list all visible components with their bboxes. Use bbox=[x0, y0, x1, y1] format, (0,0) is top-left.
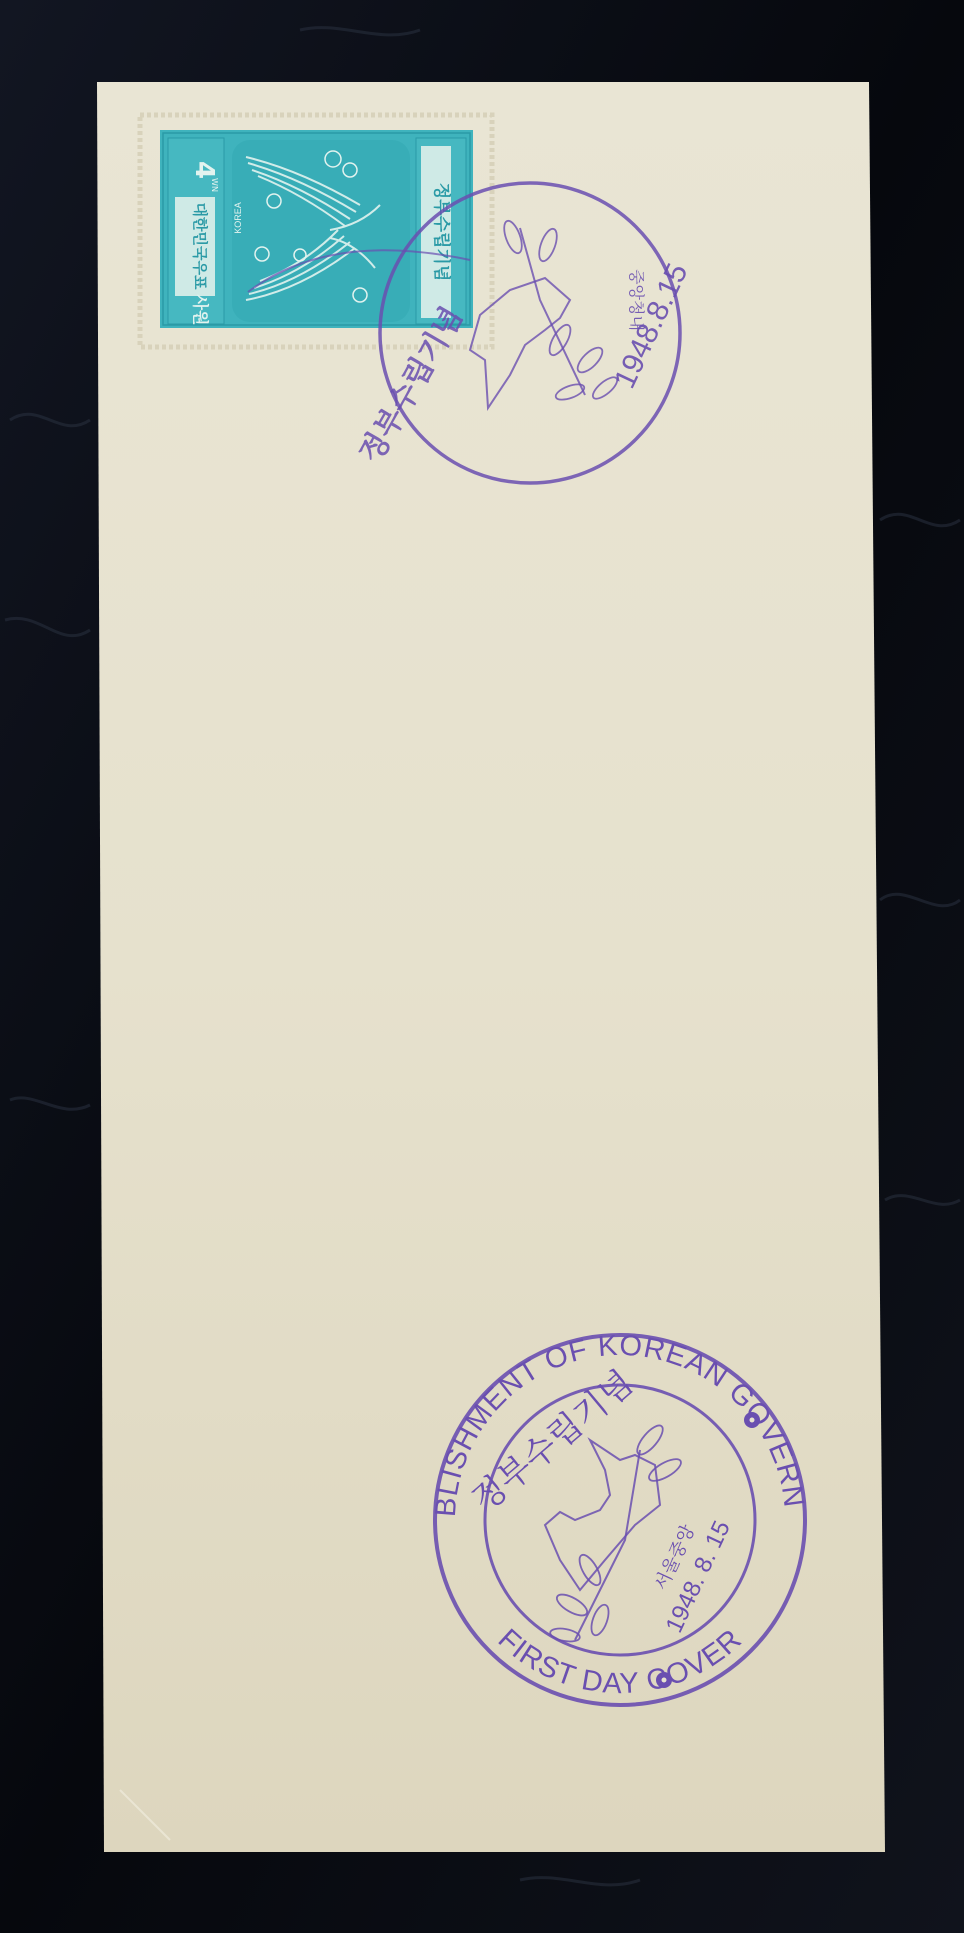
stamp-country: KOREA bbox=[233, 202, 243, 234]
stamp-right-panel-text: 정부수립기념 bbox=[431, 183, 452, 282]
stamp-denomination-unit: WN bbox=[210, 178, 219, 192]
stamp-denomination: 4 bbox=[189, 161, 219, 179]
stamp-left-panel-text: 대한민국우표 bbox=[191, 203, 209, 290]
stamp-denomination-korean: 사원 bbox=[191, 294, 210, 326]
envelope: KOREA 4 WN 사원 대한민국우표 정부수립기념 중앙청내 1948.8.… bbox=[0, 0, 964, 1933]
